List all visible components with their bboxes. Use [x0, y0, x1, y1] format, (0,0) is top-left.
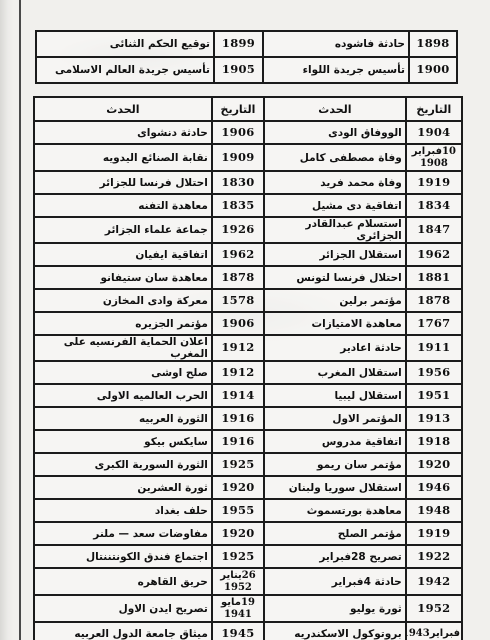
event-cell: وفاة محمد فريد: [264, 171, 406, 194]
event-cell: استقلال الجزائر: [264, 243, 406, 266]
table-row: 1918اتفاقية مدروس1916سايكس بيكو: [34, 430, 462, 453]
date-cell: 1946: [406, 476, 462, 499]
date-cell: 1913: [406, 407, 462, 430]
scanned-page: 1898حادثة فاشوده1899توقيع الحكم الثنائى1…: [0, 0, 490, 640]
event-cell: اتفاقية ايفيان: [34, 243, 212, 266]
table-row: فبراير1943بروتوكول الاسكندريه1945ميثاق ج…: [34, 622, 462, 640]
date-cell: 1920: [406, 453, 462, 476]
date-cell: 1898: [409, 31, 457, 57]
event-cell: تصريح ايدن الاول: [34, 595, 212, 622]
table-row: 1911حادثة اعادير1912اعلان الحماية الفرنس…: [34, 335, 462, 361]
date-cell: 1925: [212, 545, 264, 568]
event-cell: معاهدة الامتيازات: [264, 312, 406, 335]
date-cell: 1926: [212, 217, 264, 243]
table-row: 1946استقلال سوريا ولبنان1920ثورة العشرين: [34, 476, 462, 499]
event-cell: بروتوكول الاسكندريه: [264, 622, 406, 640]
date-cell: 19مايو 1941: [212, 595, 264, 622]
date-cell: 1919: [406, 522, 462, 545]
event-cell: مؤتمر سان ريمو: [264, 453, 406, 476]
event-cell: اتفاقية مدروس: [264, 430, 406, 453]
date-cell: 1899: [214, 31, 263, 57]
table-row: 1952ثورة يوليو19مايو 1941تصريح ايدن الاو…: [34, 595, 462, 622]
date-cell: 1916: [212, 407, 264, 430]
event-cell: الحرب العالميه الاولى: [34, 384, 212, 407]
date-cell: 26يناير 1952: [212, 568, 264, 595]
date-cell: فبراير1943: [406, 622, 462, 640]
top-events-table: 1898حادثة فاشوده1899توقيع الحكم الثنائى1…: [35, 30, 458, 84]
date-cell: 1878: [212, 266, 264, 289]
date-cell: 1912: [212, 335, 264, 361]
event-cell: تأسيس جريدة اللواء: [263, 57, 409, 83]
date-cell: 1918: [406, 430, 462, 453]
event-cell: مؤتمر برلين: [264, 289, 406, 312]
date-cell: 1952: [406, 595, 462, 622]
event-cell: الثورة العربيه: [34, 407, 212, 430]
date-cell: 1925: [212, 453, 264, 476]
event-cell: معاهدة سان ستيفانو: [34, 266, 212, 289]
event-cell: استقلال ليبيا: [264, 384, 406, 407]
col-header-date-left: التاريخ: [212, 97, 264, 121]
event-cell: حريق القاهره: [34, 568, 212, 595]
col-header-date-right: التاريخ: [406, 97, 462, 121]
table-row: 1878مؤتمر برلين1578معركة وادى المخازن: [34, 289, 462, 312]
margin-line: [19, 0, 21, 640]
date-cell: 1912: [212, 361, 264, 384]
date-cell: 1922: [406, 545, 462, 568]
event-cell: تصريح 28فبراير: [264, 545, 406, 568]
event-cell: اعلان الحماية الفرنسيه على المغرب: [34, 335, 212, 361]
event-cell: حادثة دنشواى: [34, 121, 212, 144]
table-row: 1834اتفاقية دى مشيل1835معاهدة التفنه: [34, 194, 462, 217]
table-row: 1904الووفاق الودى1906حادثة دنشواى: [34, 121, 462, 144]
event-cell: حادثة اعادير: [264, 335, 406, 361]
event-cell: تأسيس جريدة العالم الاسلامى: [36, 57, 214, 83]
event-cell: استقلال المغرب: [264, 361, 406, 384]
table-row: 1922تصريح 28فبراير1925اجتماع فندق الكونت…: [34, 545, 462, 568]
table-row: 1900تأسيس جريدة اللواء1905تأسيس جريدة ال…: [36, 57, 457, 83]
event-cell: وفاة مصطفى كامل: [264, 144, 406, 171]
table-row: 1951استقلال ليبيا1914الحرب العالميه الاو…: [34, 384, 462, 407]
event-cell: مؤتمر الجزيره: [34, 312, 212, 335]
date-cell: 1914: [212, 384, 264, 407]
date-cell: 1911: [406, 335, 462, 361]
table-row: 1919مؤتمر الصلح1920مفاوضات سعد — ملنر: [34, 522, 462, 545]
table-row: 1898حادثة فاشوده1899توقيع الحكم الثنائى: [36, 31, 457, 57]
date-cell: 1835: [212, 194, 264, 217]
date-cell: 1956: [406, 361, 462, 384]
event-cell: مؤتمر الصلح: [264, 522, 406, 545]
date-cell: 1948: [406, 499, 462, 522]
date-cell: 1904: [406, 121, 462, 144]
date-cell: 1919: [406, 171, 462, 194]
event-cell: ميثاق جامعة الدول العربيه: [34, 622, 212, 640]
table-row: 1847استسلام عبدالقادر الجزائرى1926جماعة …: [34, 217, 462, 243]
event-cell: معاهدة بورتسموث: [264, 499, 406, 522]
table-row: 1920مؤتمر سان ريمو1925الثورة السورية الك…: [34, 453, 462, 476]
event-cell: صلح اوشى: [34, 361, 212, 384]
event-cell: سايكس بيكو: [34, 430, 212, 453]
event-cell: معركة وادى المخازن: [34, 289, 212, 312]
event-cell: استقلال سوريا ولبنان: [264, 476, 406, 499]
event-cell: نقابة الصنائع اليدويه: [34, 144, 212, 171]
date-cell: 1878: [406, 289, 462, 312]
table-row: 1881احتلال فرنسا لتونس1878معاهدة سان ستي…: [34, 266, 462, 289]
date-cell: 1945: [212, 622, 264, 640]
event-cell: ثورة يوليو: [264, 595, 406, 622]
date-cell: 1767: [406, 312, 462, 335]
table-row: 1956استقلال المغرب1912صلح اوشى: [34, 361, 462, 384]
date-cell: 10فبراير 1908: [406, 144, 462, 171]
event-cell: حادثة 4فبراير: [264, 568, 406, 595]
main-events-table: التاريخ الحدث التاريخ الحدث 1904الووفاق …: [33, 96, 463, 640]
table-row: 10فبراير 1908وفاة مصطفى كامل1909نقابة ال…: [34, 144, 462, 171]
event-cell: احتلال فرنسا لتونس: [264, 266, 406, 289]
event-cell: اتفاقية دى مشيل: [264, 194, 406, 217]
table-row: 1913المؤتمر الاول1916الثورة العربيه: [34, 407, 462, 430]
date-cell: 1578: [212, 289, 264, 312]
table-row: 1962استقلال الجزائر1962اتفاقية ايفيان: [34, 243, 462, 266]
event-cell: ثورة العشرين: [34, 476, 212, 499]
header-row: التاريخ الحدث التاريخ الحدث: [34, 97, 462, 121]
event-cell: المؤتمر الاول: [264, 407, 406, 430]
event-cell: توقيع الحكم الثنائى: [36, 31, 214, 57]
event-cell: حادثة فاشوده: [263, 31, 409, 57]
table-row: 1919وفاة محمد فريد1830احتلال فرنسا للجزا…: [34, 171, 462, 194]
date-cell: 1962: [212, 243, 264, 266]
event-cell: الووفاق الودى: [264, 121, 406, 144]
date-cell: 1942: [406, 568, 462, 595]
date-cell: 1830: [212, 171, 264, 194]
event-cell: معاهدة التفنه: [34, 194, 212, 217]
date-cell: 1955: [212, 499, 264, 522]
date-cell: 1962: [406, 243, 462, 266]
table-row: 1942حادثة 4فبراير26يناير 1952حريق القاهر…: [34, 568, 462, 595]
date-cell: 1906: [212, 312, 264, 335]
table-row: 1767معاهدة الامتيازات1906مؤتمر الجزيره: [34, 312, 462, 335]
date-cell: 1905: [214, 57, 263, 83]
date-cell: 1920: [212, 522, 264, 545]
event-cell: حلف بغداد: [34, 499, 212, 522]
event-cell: الثورة السورية الكبرى: [34, 453, 212, 476]
date-cell: 1847: [406, 217, 462, 243]
date-cell: 1916: [212, 430, 264, 453]
event-cell: جماعة علماء الجزائر: [34, 217, 212, 243]
event-cell: اجتماع فندق الكونتننتال: [34, 545, 212, 568]
date-cell: 1909: [212, 144, 264, 171]
date-cell: 1881: [406, 266, 462, 289]
date-cell: 1834: [406, 194, 462, 217]
date-cell: 1920: [212, 476, 264, 499]
col-header-event-right: الحدث: [264, 97, 406, 121]
date-cell: 1951: [406, 384, 462, 407]
table-row: 1948معاهدة بورتسموث1955حلف بغداد: [34, 499, 462, 522]
event-cell: استسلام عبدالقادر الجزائرى: [264, 217, 406, 243]
event-cell: احتلال فرنسا للجزائر: [34, 171, 212, 194]
event-cell: مفاوضات سعد — ملنر: [34, 522, 212, 545]
date-cell: 1900: [409, 57, 457, 83]
col-header-event-left: الحدث: [34, 97, 212, 121]
date-cell: 1906: [212, 121, 264, 144]
